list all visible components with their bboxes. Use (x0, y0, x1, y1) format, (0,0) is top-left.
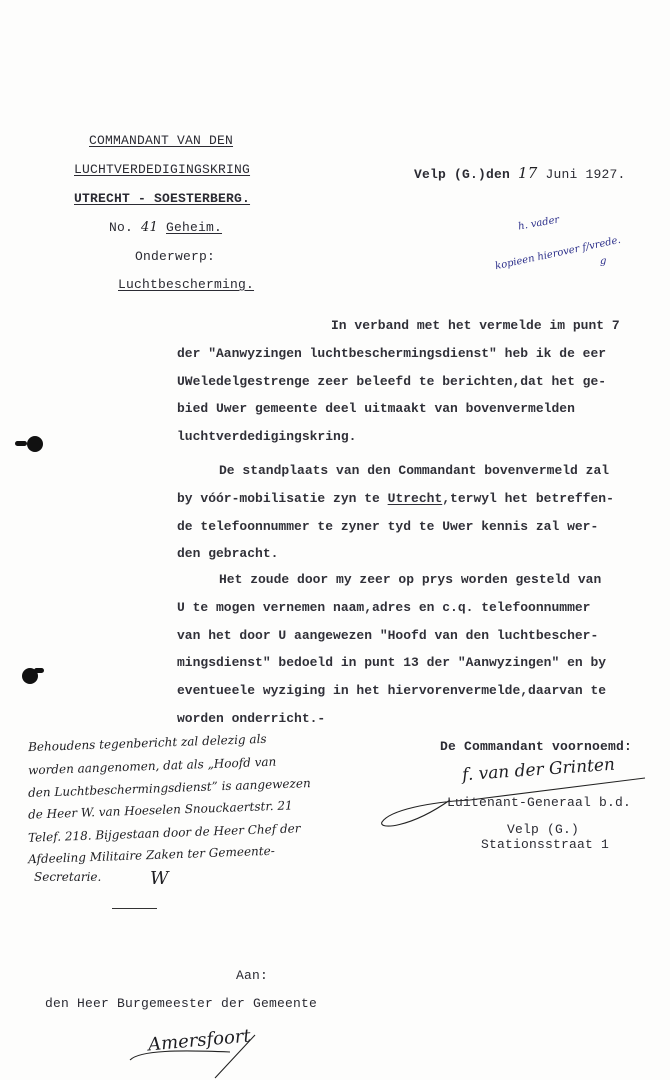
punch-hole-top-tail (15, 441, 27, 446)
body-paragraph-1: In verband met het vermelde im punt 7 de… (177, 312, 647, 451)
handwritten-initials: W (150, 868, 169, 889)
dateline-day: 17 (518, 164, 538, 182)
handwritten-note-line: den Luchtbeschermingsdienst” is aangewez… (28, 776, 311, 800)
reference-number: No. 41 Geheim. (109, 220, 222, 235)
body-line: U te mogen vernemen naam,adres en c.q. t… (177, 594, 647, 622)
body-line: De standplaats van den Commandant bovenv… (177, 457, 647, 485)
body-line: In verband met het vermelde im punt 7 (177, 312, 647, 340)
body-line: bied Uwer gemeente deel uitmaakt van bov… (177, 395, 647, 423)
letterhead-line-1: COMMANDANT VAN DEN (89, 133, 233, 148)
classification: Geheim. (166, 220, 222, 235)
signature-title: De Commandant voornoemd: (440, 739, 632, 754)
body-line: der "Aanwyzingen luchtbeschermingsdienst… (177, 340, 647, 368)
addressee-flourish (120, 1030, 320, 1080)
body-line-tail: ,terwyl het betreffen- (442, 491, 614, 506)
body-line: UWeledelgestrenge zeer beleefd te berich… (177, 368, 647, 396)
dateline: Velp (G.)den 17 Juni 1927. (414, 164, 626, 182)
body-line: mingsdienst" bedoeld in punt 13 der "Aan… (177, 649, 647, 677)
handwritten-note-line: de Heer W. van Hoeselen Snouckaertstr. 2… (28, 798, 293, 821)
addressee-line: den Heer Burgemeester der Gemeente (45, 996, 317, 1011)
underlined-city: Utrecht (388, 491, 443, 506)
handwritten-note-line: Secretarie. (34, 870, 101, 884)
body-line-start: by vóór-mobilisatie zyn te (177, 491, 388, 506)
punch-hole-bottom-tail (34, 668, 44, 673)
body-line: Het zoude door my zeer op prys worden ge… (177, 566, 647, 594)
blue-annotation-line-3: g (600, 256, 606, 267)
body-line: worden onderricht.- (177, 705, 647, 733)
number-label: No. (109, 220, 133, 235)
addressee-label: Aan: (236, 968, 268, 983)
body-line: by vóór-mobilisatie zyn te Utrecht,terwy… (177, 485, 647, 513)
body-line: de telefoonnummer te zyner tyd te Uwer k… (177, 513, 647, 541)
subject: Luchtbescherming. (118, 277, 254, 292)
blue-annotation-line-1: h. vader (517, 214, 560, 232)
letterhead-line-2: LUCHTVERDEDIGINGSKRING (74, 162, 250, 177)
body-line: den gebracht. (177, 540, 647, 568)
address-line-1: Velp (G.) (507, 822, 579, 837)
note-underline (112, 908, 157, 909)
dateline-place: Velp (G.)den (414, 167, 510, 182)
handwritten-note-line: Afdeeling Militaire Zaken ter Gemeente- (28, 844, 275, 867)
body-line: luchtverdedigingskring. (177, 423, 647, 451)
handwritten-note-line: worden aangenomen, dat als „Hoofd van (28, 755, 277, 778)
body-line: eventueele wyziging in het hiervorenverm… (177, 677, 647, 705)
punch-hole-top (27, 436, 43, 452)
handwritten-note-line: Behoudens tegenbericht zal delezig als (28, 732, 267, 754)
body-paragraph-2: De standplaats van den Commandant bovenv… (177, 457, 647, 568)
subject-label: Onderwerp: (135, 249, 215, 264)
address-line-2: Stationsstraat 1 (481, 837, 609, 852)
handwritten-note-line: Telef. 218. Bijgestaan door de Heer Chef… (28, 821, 301, 845)
signature-rank: Luitenant-Generaal b.d. (447, 795, 631, 810)
body-line: van het door U aangewezen "Hoofd van den… (177, 622, 647, 650)
dateline-month-year: Juni 1927. (546, 167, 626, 182)
letterhead-line-3: UTRECHT - SOESTERBERG. (74, 191, 250, 206)
body-paragraph-3: Het zoude door my zeer op prys worden ge… (177, 566, 647, 733)
number-value: 41 (141, 220, 158, 235)
